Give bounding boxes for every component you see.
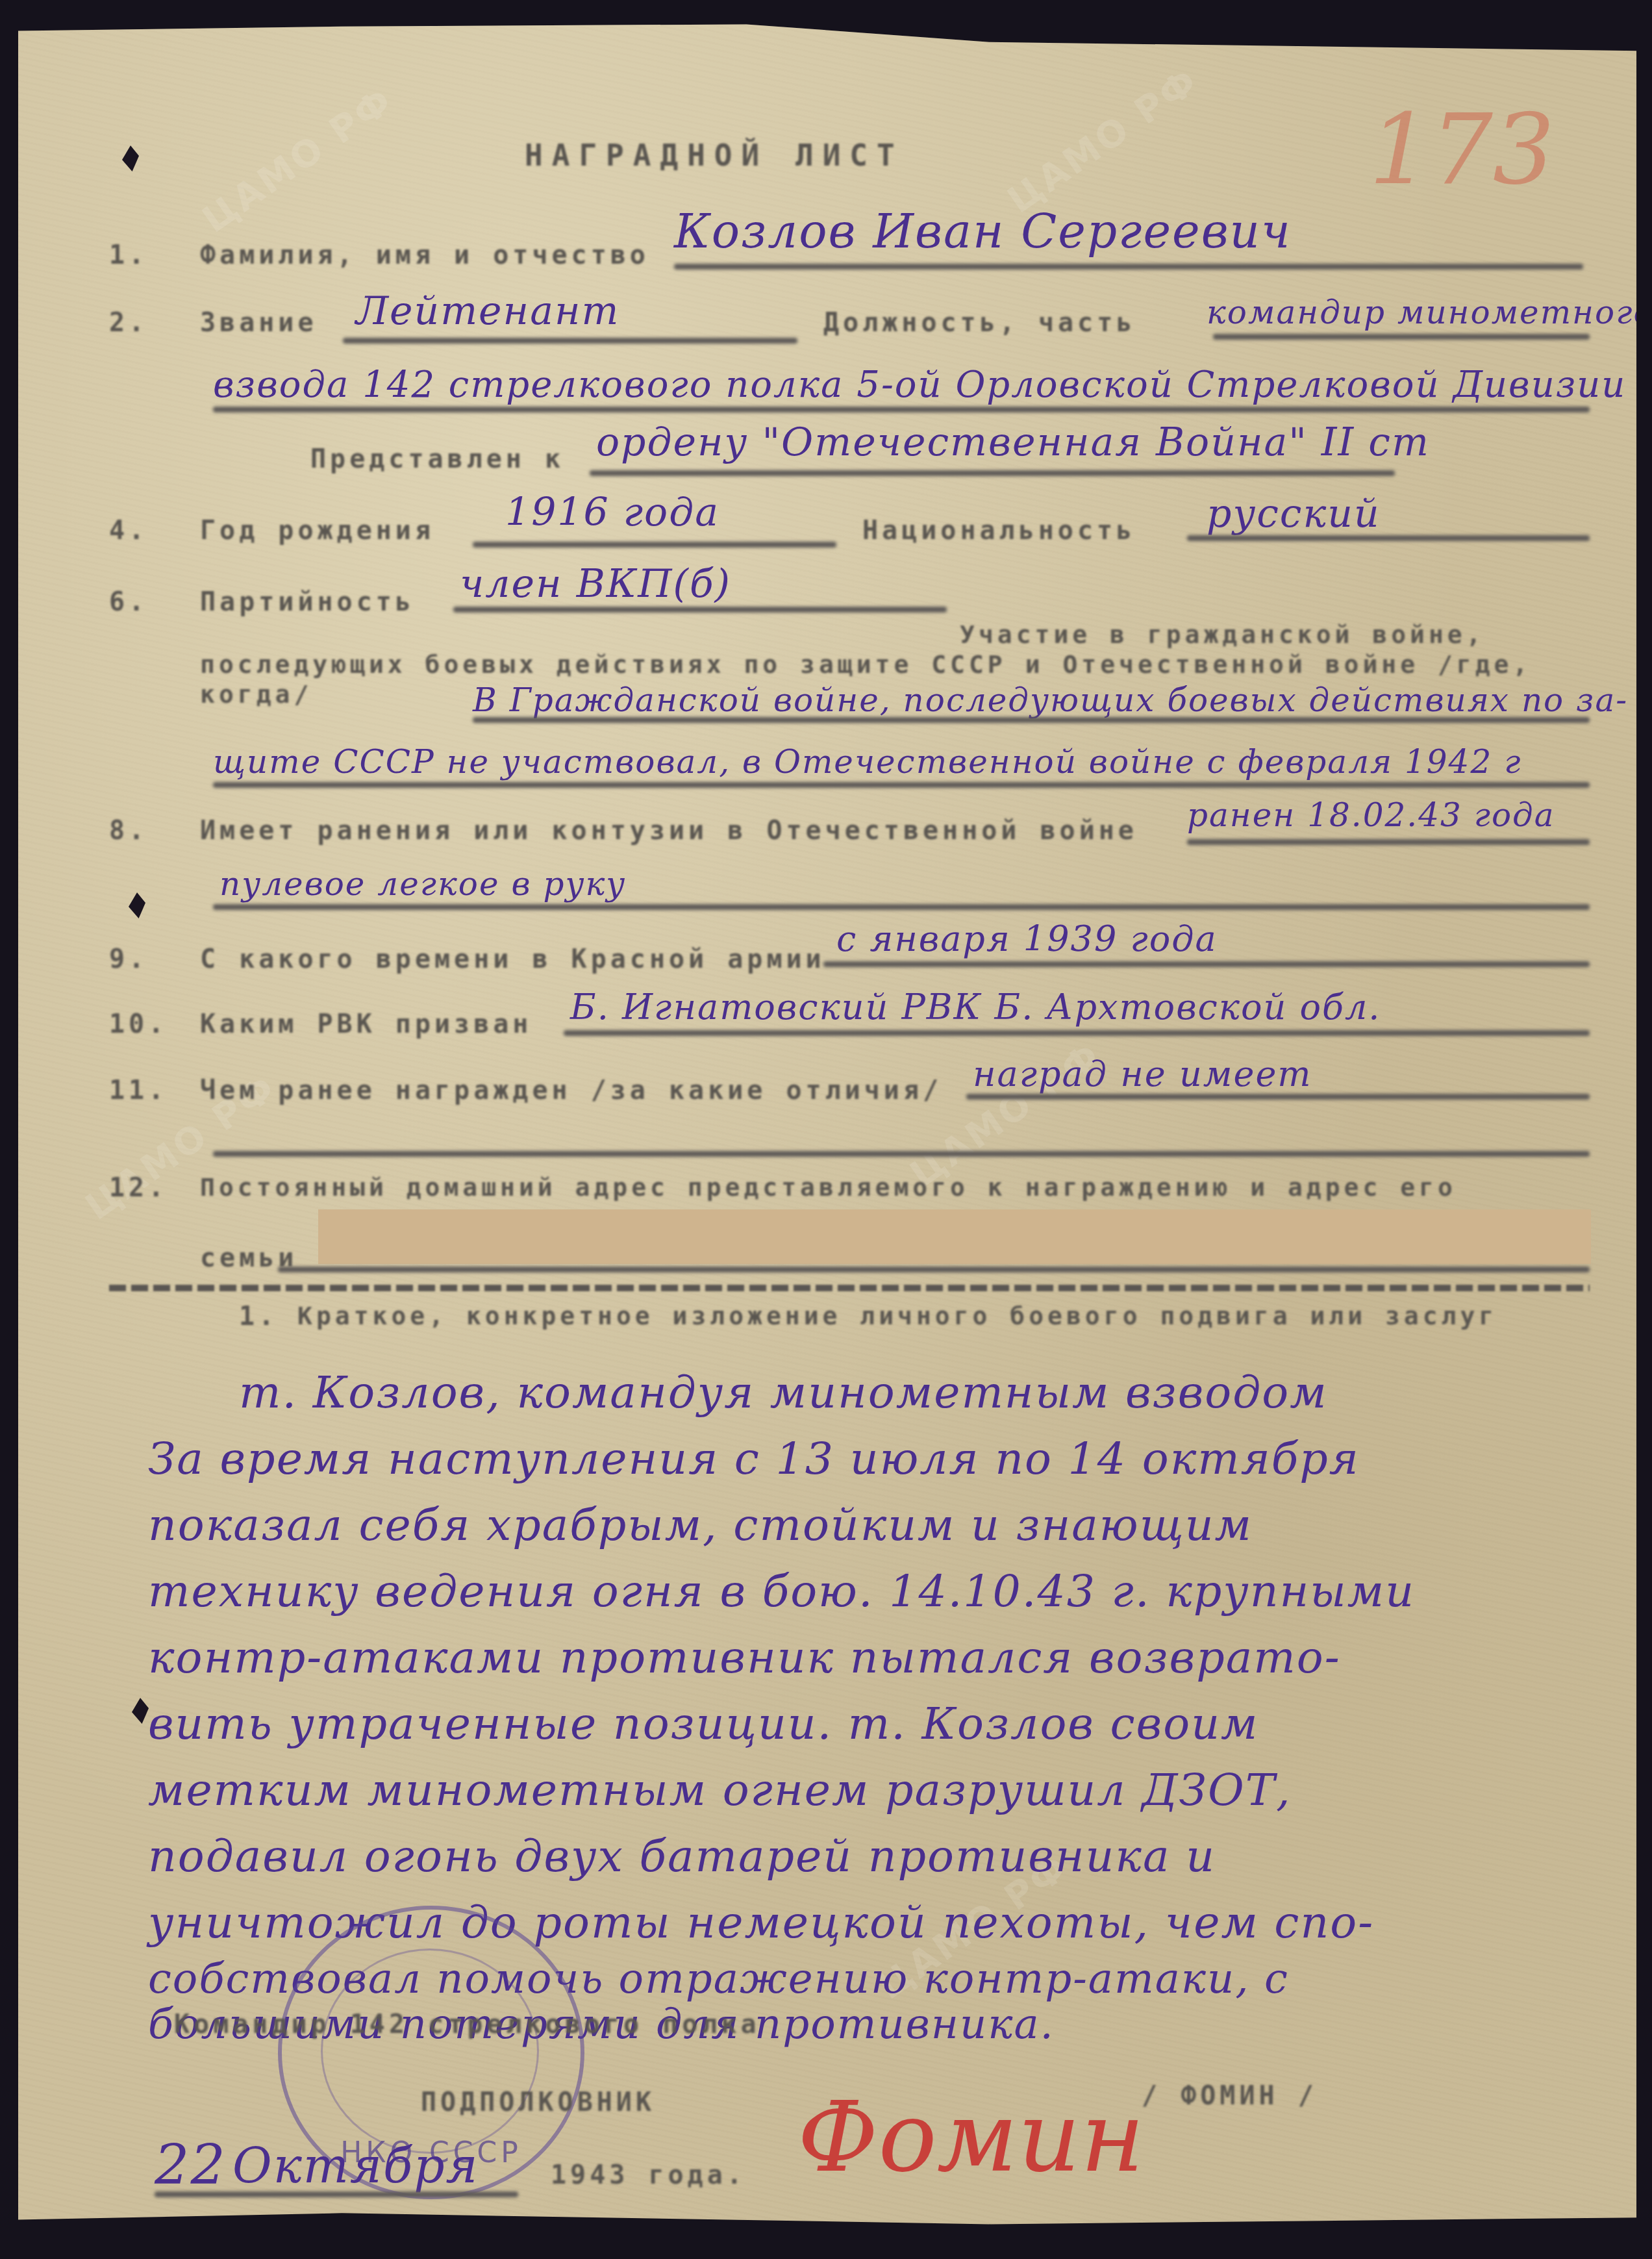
field-1-num: 1. [109, 240, 148, 270]
field-7-value: В Гражданской войне, последующих боевых … [473, 681, 1628, 719]
field-9-num: 9. [109, 944, 148, 974]
field-8-value: ранен 18.02.43 года [1187, 796, 1555, 834]
stamp-emblem [321, 1949, 539, 2154]
commander-name: / ФОМИН / [1142, 2081, 1318, 2111]
underline [1213, 334, 1590, 340]
field-3-value-cont: взвода 142 стрелкового полка 5-ой Орловс… [213, 364, 1626, 406]
underline [590, 470, 1395, 476]
field-10-value: Б. Игнатовский РВК Б. Архтовской обл. [570, 987, 1381, 1028]
field-11-num: 11. [109, 1076, 168, 1105]
underline [213, 407, 1590, 412]
underline [343, 338, 797, 344]
field-10-num: 10. [109, 1009, 168, 1039]
underline [674, 264, 1583, 270]
field-5-label: Национальность [862, 516, 1136, 546]
presented-value: ордену "Отечественная Война" II ст [596, 420, 1430, 465]
field-8-num: 8. [109, 816, 148, 846]
field-2-label: Звание [200, 308, 318, 338]
underline [213, 782, 1590, 788]
underline [278, 1267, 1590, 1272]
paper-hole [132, 1698, 149, 1724]
underline [1187, 535, 1590, 541]
date-year: 1943 года. [551, 2160, 746, 2190]
narrative-line: За время наступления с 13 июля по 14 окт… [148, 1426, 1616, 1493]
redacted-address [318, 1209, 1591, 1264]
narrative-line: показал себя храбрым, стойким и знающим [148, 1493, 1616, 1559]
narrative-line: технику ведения огня в бою. 14.10.43 г. … [148, 1559, 1616, 1625]
underline [213, 1151, 1590, 1157]
underline [155, 2191, 518, 2197]
field-8-value-cont: пулевое легкое в руку [219, 865, 626, 903]
archive-number: 173 [1369, 94, 1555, 207]
document-title: НАГРАДНОЙ ЛИСТ [525, 138, 904, 173]
underline [1187, 839, 1590, 845]
field-6-num: 6. [109, 587, 148, 617]
field-6-value: член ВКП(б) [460, 561, 731, 607]
underline [823, 961, 1590, 967]
field-2-value: Лейтенант [356, 288, 619, 334]
field-8-label: Имеет ранения или контузии в Отечественн… [200, 816, 1138, 846]
narrative-line: т. Козлов, командуя минометным взводом [239, 1360, 1652, 1426]
field-11-value: наград не имеет [973, 1054, 1312, 1094]
underline [966, 1094, 1590, 1100]
underline [453, 607, 947, 612]
narrative-line: вить утраченные позиции. т. Козлов своим [148, 1691, 1616, 1758]
paper-hole [129, 892, 145, 918]
date-month: Октября [232, 2138, 479, 2194]
field-12-label: Постоянный домашний адрес представляемог… [200, 1173, 1457, 1202]
narrative-line: контр-атаками противник пытался возврато… [148, 1625, 1616, 1691]
commander-rank: ПОДПОЛКОВНИК [421, 2088, 655, 2117]
field-12-num: 12. [109, 1173, 168, 1203]
watermark: ЦАМО РФ [1000, 60, 1207, 222]
narrative-line: метким минометным огнем разрушил ДЗОТ, [148, 1758, 1616, 1824]
watermark: ЦАМО РФ [195, 79, 401, 242]
field-9-label: С какого времени в Красной армии [200, 944, 825, 974]
underline [564, 1030, 1590, 1036]
field-1-value: Козлов Иван Сергеевич [674, 204, 1292, 259]
section-num: 1. [239, 1302, 278, 1331]
field-5-value: русский [1207, 491, 1381, 536]
underline [473, 717, 1590, 723]
date-day: 22 [155, 2133, 227, 2197]
narrative-line: подавил огонь двух батарей противника и [148, 1824, 1616, 1890]
commander-role: Командир 142 стрелкового полка [174, 2010, 760, 2039]
underline [213, 904, 1590, 910]
field-4-value: 1916 года [505, 490, 720, 535]
section-heading: Краткое, конкретное изложение личного бо… [297, 1302, 1497, 1330]
field-3-label: Должность, часть [823, 308, 1136, 338]
paper-hole [122, 145, 139, 171]
field-2-num: 2. [109, 308, 148, 338]
field-7-value-cont: щите СССР не участвовал, в Отечественной… [213, 743, 1521, 781]
field-10-label: Каким РВК призван [200, 1009, 532, 1039]
field-1-label: Фамилия, имя и отчество [200, 240, 649, 270]
field-4-label: Год рождения [200, 516, 434, 546]
field-4-num: 4. [109, 516, 148, 546]
award-sheet: ЦАМО РФ ЦАМО РФ ЦАМО РФ ЦАМО РФ ЦАМО РФ … [18, 22, 1636, 2233]
field-11-label: Чем ранее награжден /за какие отличия/ [200, 1076, 942, 1105]
field-6-label: Партийность [200, 587, 415, 617]
field-9-value: с января 1939 года [836, 918, 1218, 959]
underline [473, 542, 836, 548]
red-signature: Фомин [797, 2081, 1145, 2194]
presented-label: Представлен к [310, 444, 564, 474]
field-3-value: командир минометного [1207, 294, 1652, 331]
divider [109, 1285, 1590, 1291]
